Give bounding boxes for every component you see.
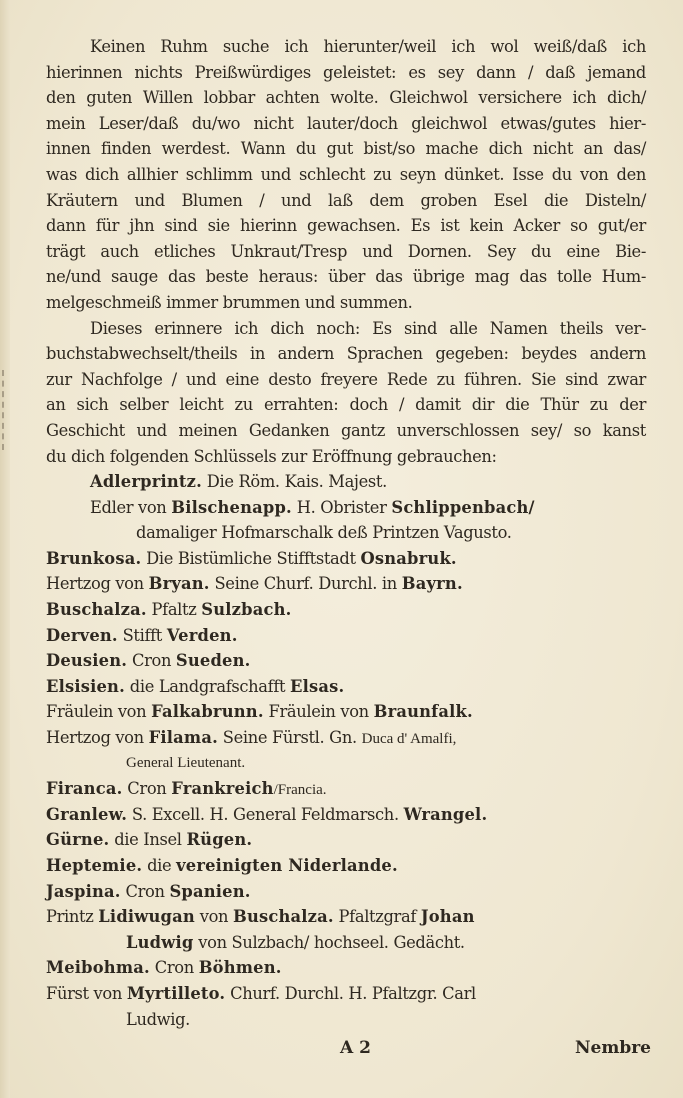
page-footer: A 2 Nembre <box>0 1038 683 1068</box>
entry-meaning: die Landgrafschafft <box>125 677 290 696</box>
entry-meaning: von <box>195 907 233 926</box>
text-line: hierinnen nichts Preißwürdiges geleistet… <box>46 60 646 86</box>
entry-prefix: Fürst von <box>46 984 127 1003</box>
pseudonym: Deusien. <box>46 651 127 670</box>
entry-prefix: Hertzog von <box>46 728 149 747</box>
key-entry: Gürne. die Insel Rügen. <box>46 827 646 853</box>
entry-meaning: Cron <box>121 882 170 901</box>
latin-text: Duca d' Amalfi, <box>362 731 457 747</box>
pseudonym: Heptemie. <box>46 856 142 875</box>
pseudonym: Filama. <box>149 728 218 747</box>
key-entry-continuation: Ludwig. <box>46 1007 646 1033</box>
catchword: Nembre <box>575 1038 651 1058</box>
text-line: buchstabwechselt/theils in andern Sprach… <box>46 341 646 367</box>
entry-meaning: Pfaltz <box>147 600 202 619</box>
real-name: Spanien. <box>169 882 250 901</box>
entry-meaning: Seine Fürstl. Gn. <box>218 728 362 747</box>
pseudonym: Firanca. <box>46 779 122 798</box>
text-line: mein Leser/daß du/wo nicht lauter/doch g… <box>46 111 646 137</box>
text-line: Dieses erinnere ich dich noch: Es sind a… <box>46 316 646 342</box>
key-entry: Firanca. Cron Frankreich/Francia. <box>46 776 646 802</box>
text-line: zur Nachfolge / und eine desto freyere R… <box>46 367 646 393</box>
text-line: ne/und sauge das beste heraus: über das … <box>46 264 646 290</box>
text-line: du dich folgenden Schlüssels zur Eröffnu… <box>46 444 646 470</box>
text-line: was dich allhier schlimm und schlecht zu… <box>46 162 646 188</box>
real-name: Bayrn. <box>402 574 463 593</box>
real-name: Elsas. <box>290 677 344 696</box>
key-entry: Edler von Bilschenapp. H. Obrister Schli… <box>46 495 646 521</box>
pseudonym: Buschalza. <box>46 600 147 619</box>
real-name: Schlippenbach/ <box>391 498 534 517</box>
page-binding-edge <box>0 0 10 1098</box>
text-line: Kräutern und Blumen / und laß dem groben… <box>46 188 646 214</box>
key-entry: Jaspina. Cron Spanien. <box>46 879 646 905</box>
latin-text: /Francia. <box>274 782 327 798</box>
pseudonym: Lidiwugan <box>98 907 195 926</box>
entry-meaning: Cron <box>127 651 176 670</box>
real-name: Frankreich <box>171 779 273 798</box>
key-entry: Hertzog von Bryan. Seine Churf. Durchl. … <box>46 571 646 597</box>
text-line: innen finden werdest. Wann du gut bist/s… <box>46 136 646 162</box>
key-entry: Printz Lidiwugan von Buschalza. Pfaltzgr… <box>46 904 646 930</box>
key-entry: Heptemie. die vereinigten Niderlande. <box>46 853 646 879</box>
key-entry: Fräulein von Falkabrunn. Fräulein von Br… <box>46 699 646 725</box>
pseudonym: Falkabrunn. <box>151 702 264 721</box>
entry-meaning: Churf. Durchl. H. Pfaltzgr. Carl <box>225 984 476 1003</box>
key-entry: Buschalza. Pfaltz Sulzbach. <box>46 597 646 623</box>
pseudonym: Granlew. <box>46 805 127 824</box>
real-name: Osnabruk. <box>361 549 457 568</box>
pseudonym: Jaspina. <box>46 882 121 901</box>
real-name: Ludwig <box>126 933 193 952</box>
real-name: Wrangel. <box>404 805 488 824</box>
real-name: Johan <box>421 907 475 926</box>
key-entry: Meibohma. Cron Böhmen. <box>46 955 646 981</box>
pseudonym: Bilschenapp. <box>171 498 292 517</box>
text-line: dann für jhn sind sie hierinn gewachsen.… <box>46 213 646 239</box>
pseudonym-2: Buschalza. <box>233 907 334 926</box>
text-line: den guten Willen lobbar achten wolte. Gl… <box>46 85 646 111</box>
entry-meaning: H. Obrister <box>292 498 391 517</box>
entry-prefix: Fräulein von <box>46 702 151 721</box>
key-entry: Fürst von Myrtilleto. Churf. Durchl. H. … <box>46 981 646 1007</box>
pseudonym: Meibohma. <box>46 958 150 977</box>
real-name: Braunfalk. <box>374 702 473 721</box>
real-name: vereinigten Niderlande. <box>176 856 398 875</box>
key-entry: Elsisien. die Landgrafschafft Elsas. <box>46 674 646 700</box>
entry-meaning: Seine Churf. Durchl. in <box>210 574 402 593</box>
text-line: an sich selber leicht zu errahten: doch … <box>46 392 646 418</box>
text-line: Keinen Ruhm suche ich hierunter/weil ich… <box>46 34 646 60</box>
pseudonym: Bryan. <box>149 574 210 593</box>
entry-meaning: Stifft <box>118 626 167 645</box>
entry-meaning: die <box>142 856 176 875</box>
page-text-block: Keinen Ruhm suche ich hierunter/weil ich… <box>46 34 646 1032</box>
key-entry: Derven. Stifft Verden. <box>46 623 646 649</box>
real-name: Böhmen. <box>199 958 282 977</box>
entry-prefix: Printz <box>46 907 98 926</box>
key-entry: Adlerprintz. Die Röm. Kais. Majest. <box>46 469 646 495</box>
text-line: melgeschmeiß immer brummen und summen. <box>46 290 646 316</box>
entry-meaning: Fräulein von <box>264 702 374 721</box>
entry-meaning: S. Excell. H. General Feldmarsch. <box>127 805 404 824</box>
entry-prefix: Hertzog von <box>46 574 149 593</box>
entry-meaning: Cron <box>150 958 199 977</box>
real-name: Verden. <box>167 626 238 645</box>
pseudonym: Elsisien. <box>46 677 125 696</box>
entry-meaning: Cron <box>122 779 171 798</box>
entry-prefix: Edler von <box>90 498 171 517</box>
real-name: Sueden. <box>176 651 251 670</box>
binding-stitch-marks <box>2 370 7 450</box>
real-name: Rügen. <box>186 830 252 849</box>
pseudonym: Derven. <box>46 626 118 645</box>
signature-mark: A 2 <box>340 1038 371 1058</box>
pseudonym: Myrtilleto. <box>127 984 225 1003</box>
entry-meaning: Die Röm. Kais. Majest. <box>202 472 387 491</box>
key-entry: Hertzog von Filama. Seine Fürstl. Gn. Du… <box>46 725 646 751</box>
key-entry-continuation: damaliger Hofmarschalk deß Printzen Vagu… <box>46 520 646 546</box>
pseudonym: Gürne. <box>46 830 109 849</box>
entry-meaning: Die Bistümliche Stifftstadt <box>141 549 360 568</box>
entry-meaning: von Sulzbach/ hochseel. Gedächt. <box>193 933 464 952</box>
key-entry-continuation: General Lieutenant. <box>46 751 646 777</box>
key-entry: Granlew. S. Excell. H. General Feldmarsc… <box>46 802 646 828</box>
real-name: Sulzbach. <box>201 600 291 619</box>
key-entry: Brunkosa. Die Bistümliche Stifftstadt Os… <box>46 546 646 572</box>
key-entry: Deusien. Cron Sueden. <box>46 648 646 674</box>
book-page: Keinen Ruhm suche ich hierunter/weil ich… <box>0 0 683 1098</box>
text-line: Geschicht und meinen Gedanken gantz unve… <box>46 418 646 444</box>
pseudonym: Adlerprintz. <box>90 472 202 491</box>
pseudonym: Brunkosa. <box>46 549 141 568</box>
entry-meaning: die Insel <box>109 830 186 849</box>
key-entry-continuation: Ludwig von Sulzbach/ hochseel. Gedächt. <box>46 930 646 956</box>
text-line: trägt auch etliches Unkraut/Tresp und Do… <box>46 239 646 265</box>
entry-meaning-2: Pfaltzgraf <box>334 907 421 926</box>
